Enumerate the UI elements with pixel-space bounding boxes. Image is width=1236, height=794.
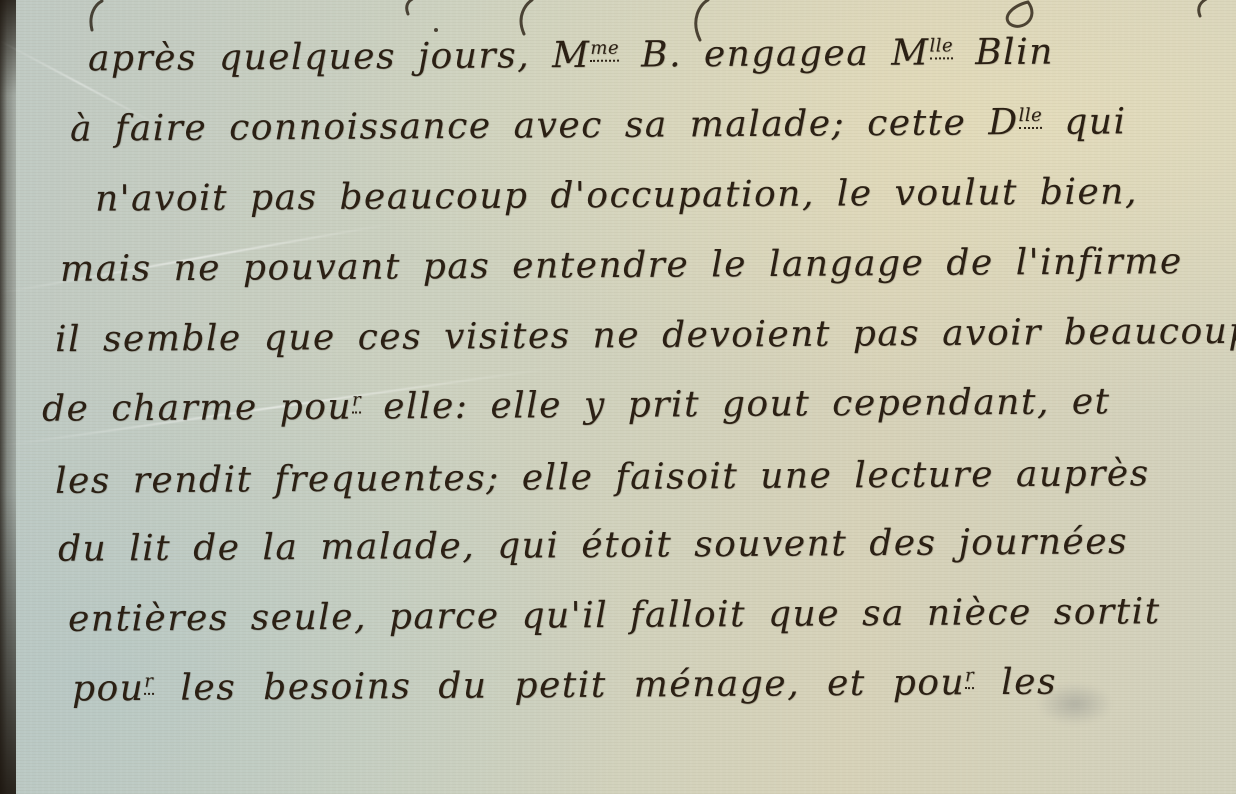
page-binding-shadow [0,0,16,794]
manuscript-line-2: à faire connoissance avec sa malade; cet… [70,104,1127,147]
line-text: n'avoit pas beaucoup d'occupation, le vo… [95,171,1138,219]
line-text: B. engagea M [619,32,930,75]
line-text: il semble que ces visites ne devoient pa… [55,311,1236,360]
line-text: qui [1042,101,1126,143]
line-text: après quelques jours, M [88,35,591,80]
manuscript-line-8: du lit de la malade, qui étoit souvent d… [58,524,1128,567]
line-text: pou [72,668,145,710]
line-text: à faire connoissance avec sa malade; cet… [70,102,1019,150]
line-text: mais ne pouvant pas entendre le langage … [60,241,1183,290]
line-text: du lit de la malade, qui étoit souvent d… [58,521,1128,569]
line-text: les besoins du petit ménage, et pou [153,662,965,709]
line-text: elle: elle y prit gout cependant, et [361,381,1111,427]
manuscript-line-10: pour les besoins du petit ménage, et pou… [72,665,1057,708]
superscript-abbreviation: me [590,38,619,62]
line-text: Blin [953,32,1054,74]
line-text: entières seule, parce qu'il falloit que … [68,591,1161,640]
manuscript-page: après quelques jours, Mme B. engagea Mll… [0,0,1236,794]
manuscript-line-6: de charme pour elle: elle y prit gout ce… [42,384,1111,427]
manuscript-line-9: entières seule, parce qu'il falloit que … [68,594,1161,638]
manuscript-line-7: les rendit frequentes; elle faisoit une … [55,456,1150,500]
manuscript-line-4: mais ne pouvant pas entendre le langage … [60,244,1183,288]
superscript-abbreviation: lle [1019,105,1043,129]
manuscript-line-5: il semble que ces visites ne devoient pa… [55,314,1236,358]
superscript-abbreviation: lle [929,35,953,59]
superscript-abbreviation: r [144,671,153,695]
line-text: les [974,662,1057,704]
superscript-abbreviation: r [352,390,361,414]
line-text: les rendit frequentes; elle faisoit une … [55,453,1150,502]
line-text: de charme pou [42,387,352,430]
manuscript-line-1: après quelques jours, Mme B. engagea Mll… [88,35,1054,78]
manuscript-line-3: n'avoit pas beaucoup d'occupation, le vo… [95,174,1138,217]
